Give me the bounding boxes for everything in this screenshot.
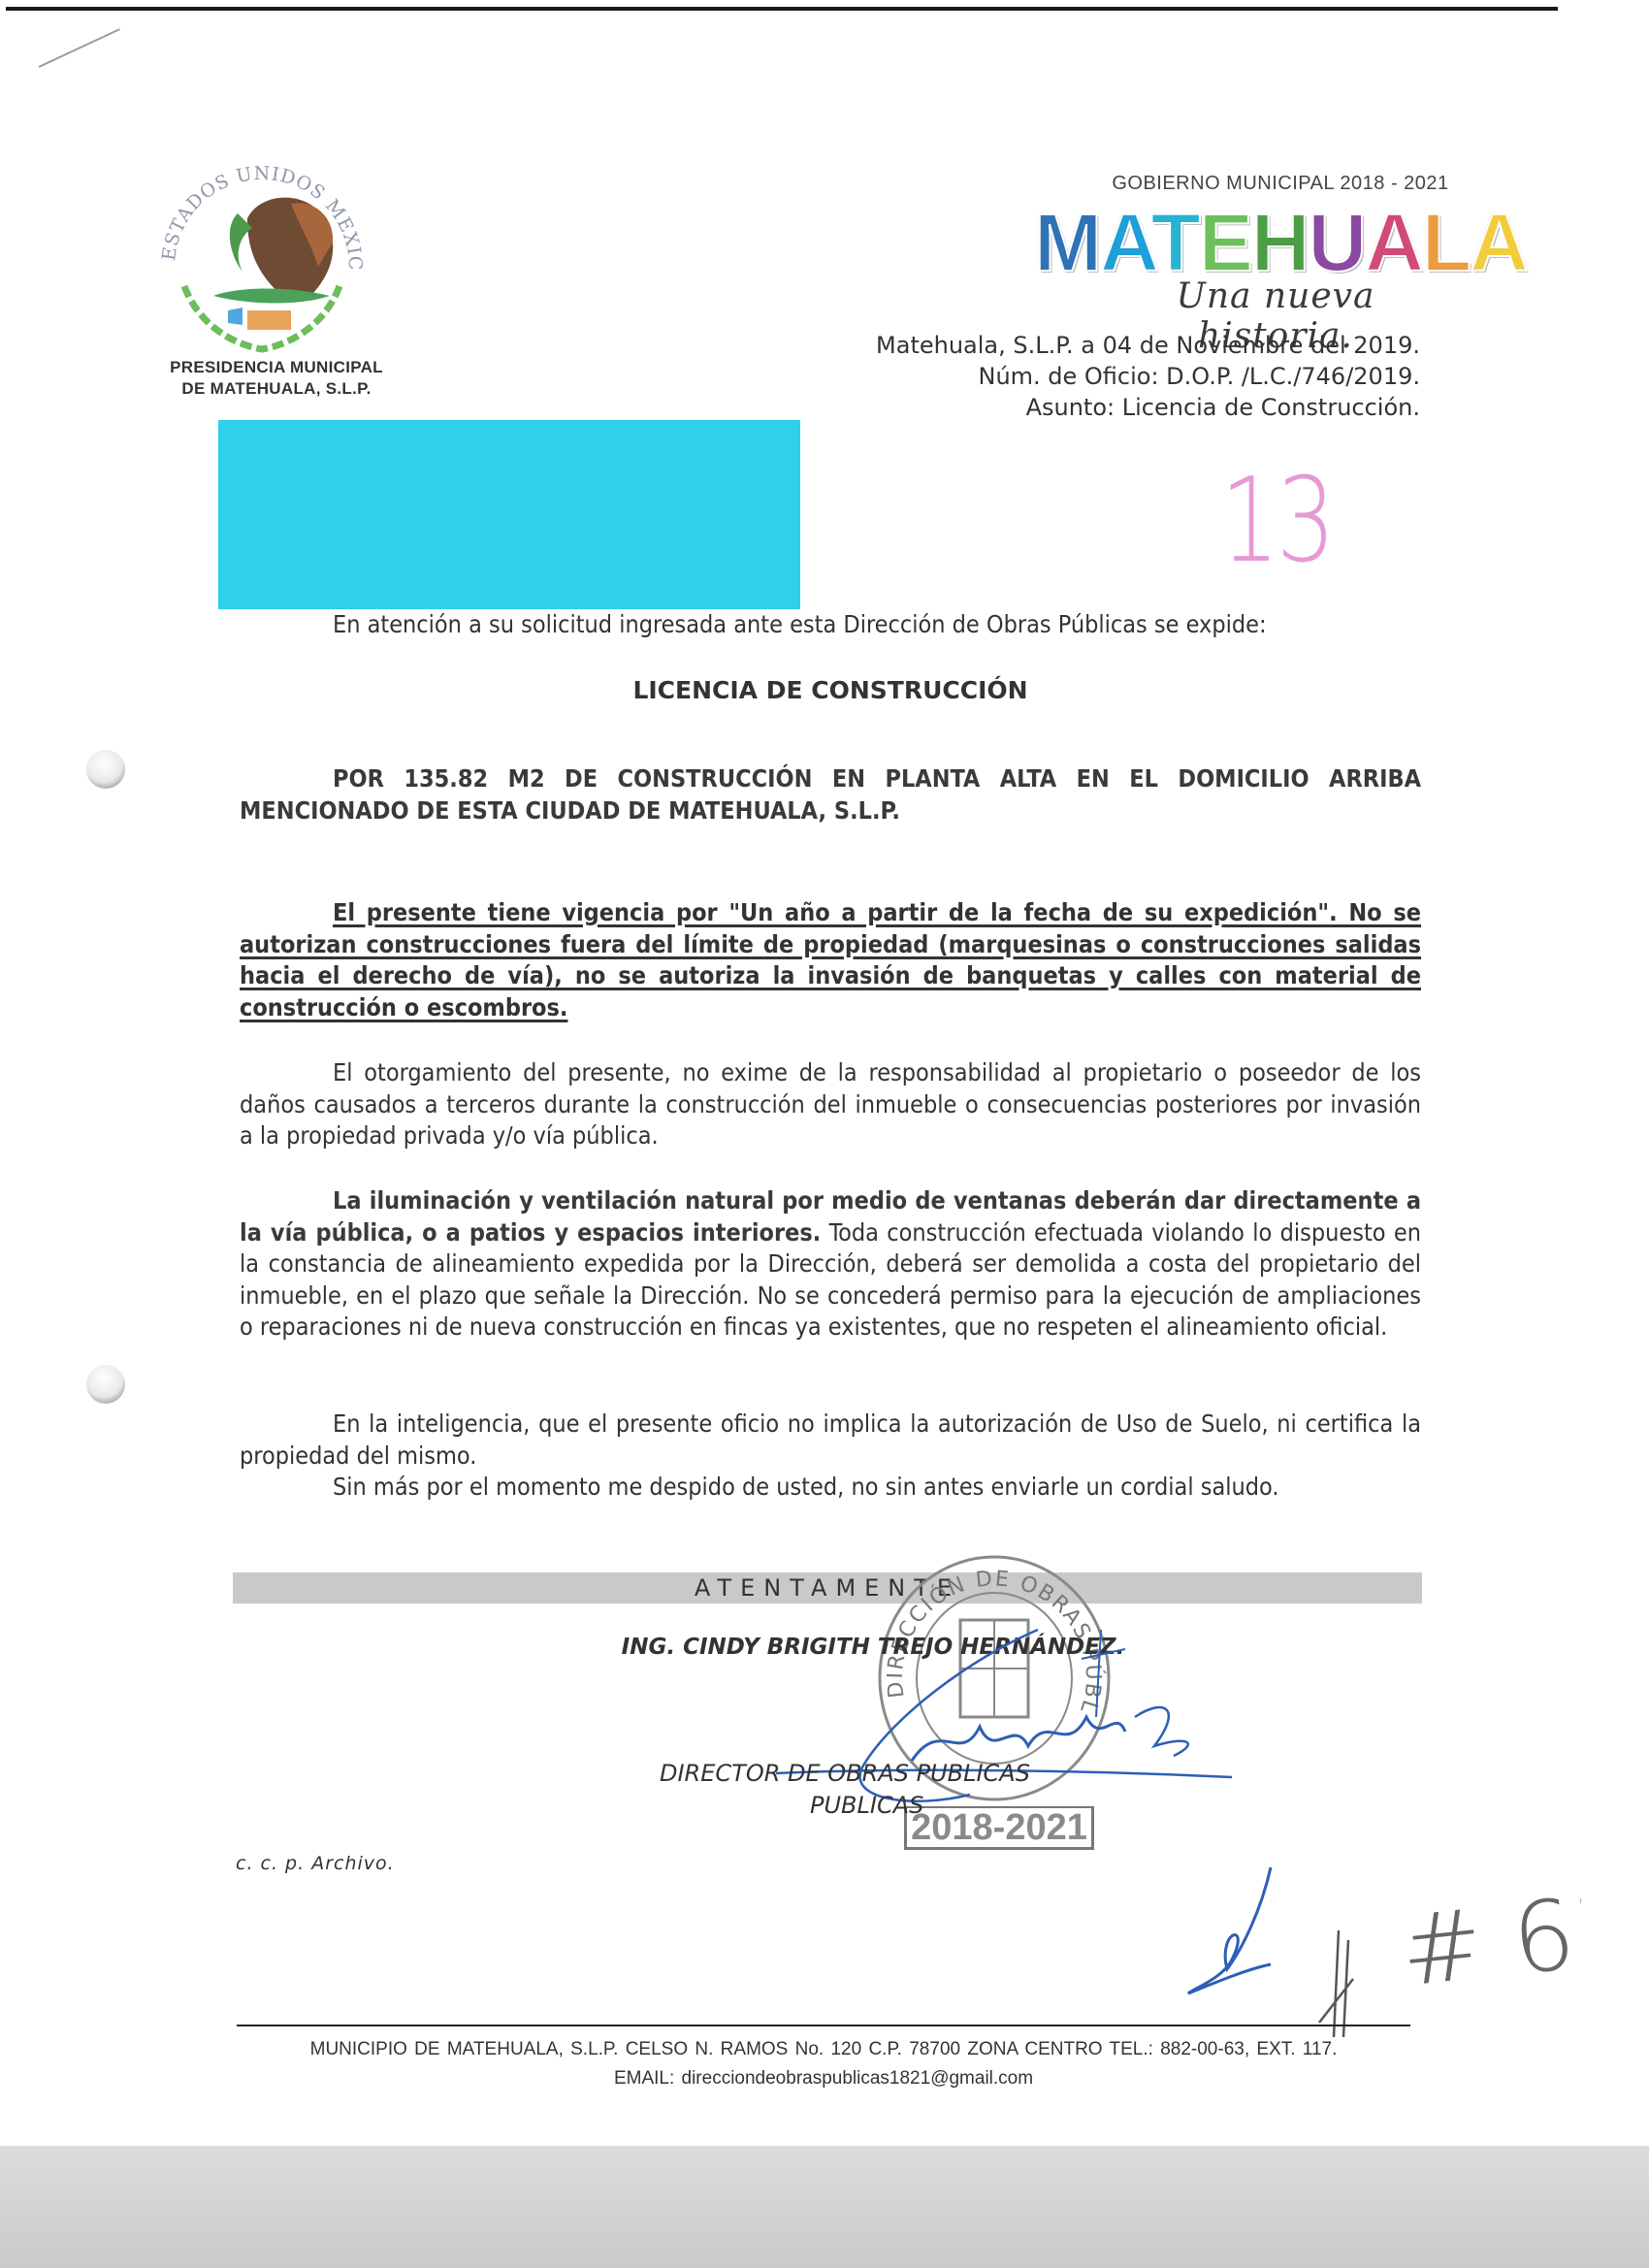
issuer-line-1: PRESIDENCIA MUNICIPAL xyxy=(155,357,398,378)
document-title: LICENCIA DE CONSTRUCCIÓN xyxy=(240,676,1421,704)
punch-hole-lower xyxy=(86,1365,125,1404)
pen-mark xyxy=(39,28,120,68)
logo-letter: M xyxy=(1034,197,1100,288)
signer-role-continued: PUBLICAS xyxy=(810,1792,923,1819)
logo-letter: A xyxy=(1470,197,1527,288)
place-date: Matehuala, S.L.P. a 04 de Noviembre del … xyxy=(876,330,1420,361)
logo-letter: E xyxy=(1199,197,1251,288)
logo-letter: T xyxy=(1151,197,1199,288)
validity-text: El presente tiene vigencia por "Un año a… xyxy=(240,897,1421,1023)
subject: Asunto: Licencia de Construcción. xyxy=(876,392,1420,423)
matehuala-logo: MATEHUALA xyxy=(1023,202,1537,284)
document-meta: Matehuala, S.L.P. a 04 de Noviembre del … xyxy=(876,330,1420,423)
closing-text: Sin más por el momento me despido de ust… xyxy=(240,1472,1421,1504)
signer-role: DIRECTOR DE OBRAS PUBLICAS xyxy=(660,1760,1030,1787)
closing-paragraph: Sin más por el momento me despido de ust… xyxy=(240,1472,1421,1504)
logo-letter: A xyxy=(1365,197,1422,288)
footer-address: MUNICIPIO DE MATEHUALA, S.L.P. CELSO N. … xyxy=(237,2035,1410,2064)
logo-letter: L xyxy=(1422,197,1470,288)
mexican-coat-of-arms-icon: ESTADOS UNIDOS MEXICANOS xyxy=(145,150,378,354)
lighting-paragraph: La iluminación y ventilación natural por… xyxy=(240,1185,1421,1344)
land-use-paragraph: En la inteligencia, que el presente ofic… xyxy=(240,1409,1421,1472)
scan-top-border xyxy=(6,7,1558,11)
government-period: GOBIERNO MUNICIPAL 2018 - 2021 xyxy=(1086,173,1474,195)
scanner-bed-edge xyxy=(0,2146,1649,2268)
validity-paragraph: El presente tiene vigencia por "Un año a… xyxy=(240,897,1421,1023)
footer: MUNICIPIO DE MATEHUALA, S.L.P. CELSO N. … xyxy=(237,2035,1410,2093)
intro-paragraph: En atención a su solicitud ingresada ant… xyxy=(240,609,1421,641)
scope-paragraph: POR 135.82 M2 DE CONSTRUCCIÓN EN PLANTA … xyxy=(240,763,1421,826)
logo-letter: U xyxy=(1309,197,1366,288)
oficio-number: Núm. de Oficio: D.O.P. /L.C./746/2019. xyxy=(876,361,1420,392)
redacted-recipient-block xyxy=(218,420,800,609)
punch-hole-upper xyxy=(86,750,125,789)
issuer-label: PRESIDENCIA MUNICIPAL DE MATEHUALA, S.L.… xyxy=(155,357,398,400)
closing-salutation: ATENTAMENTE xyxy=(233,1572,1422,1604)
footer-divider xyxy=(237,2025,1410,2026)
logo-letter: A xyxy=(1100,197,1150,288)
handwritten-initials-icon: # 634 xyxy=(1174,1853,1581,2037)
intro-text: En atención a su solicitud ingresada ant… xyxy=(240,609,1421,641)
responsibility-text: El otorgamiento del presente, no exime d… xyxy=(240,1057,1421,1152)
logo-letter: H xyxy=(1251,197,1309,288)
svg-text:# 634: # 634 xyxy=(1396,1864,1581,2008)
handwritten-signature-icon xyxy=(718,1601,1261,1824)
scope-text: POR 135.82 M2 DE CONSTRUCCIÓN EN PLANTA … xyxy=(240,763,1421,826)
footer-email: EMAIL: direcciondeobraspublicas1821@gmai… xyxy=(237,2064,1410,2093)
handwritten-page-number: 13 xyxy=(1220,464,1333,580)
land-use-text: En la inteligencia, que el presente ofic… xyxy=(240,1409,1421,1472)
carbon-copy: c. c. p. Archivo. xyxy=(236,1853,395,1874)
issuer-line-2: DE MATEHUALA, S.L.P. xyxy=(155,378,398,400)
responsibility-paragraph: El otorgamiento del presente, no exime d… xyxy=(240,1057,1421,1152)
